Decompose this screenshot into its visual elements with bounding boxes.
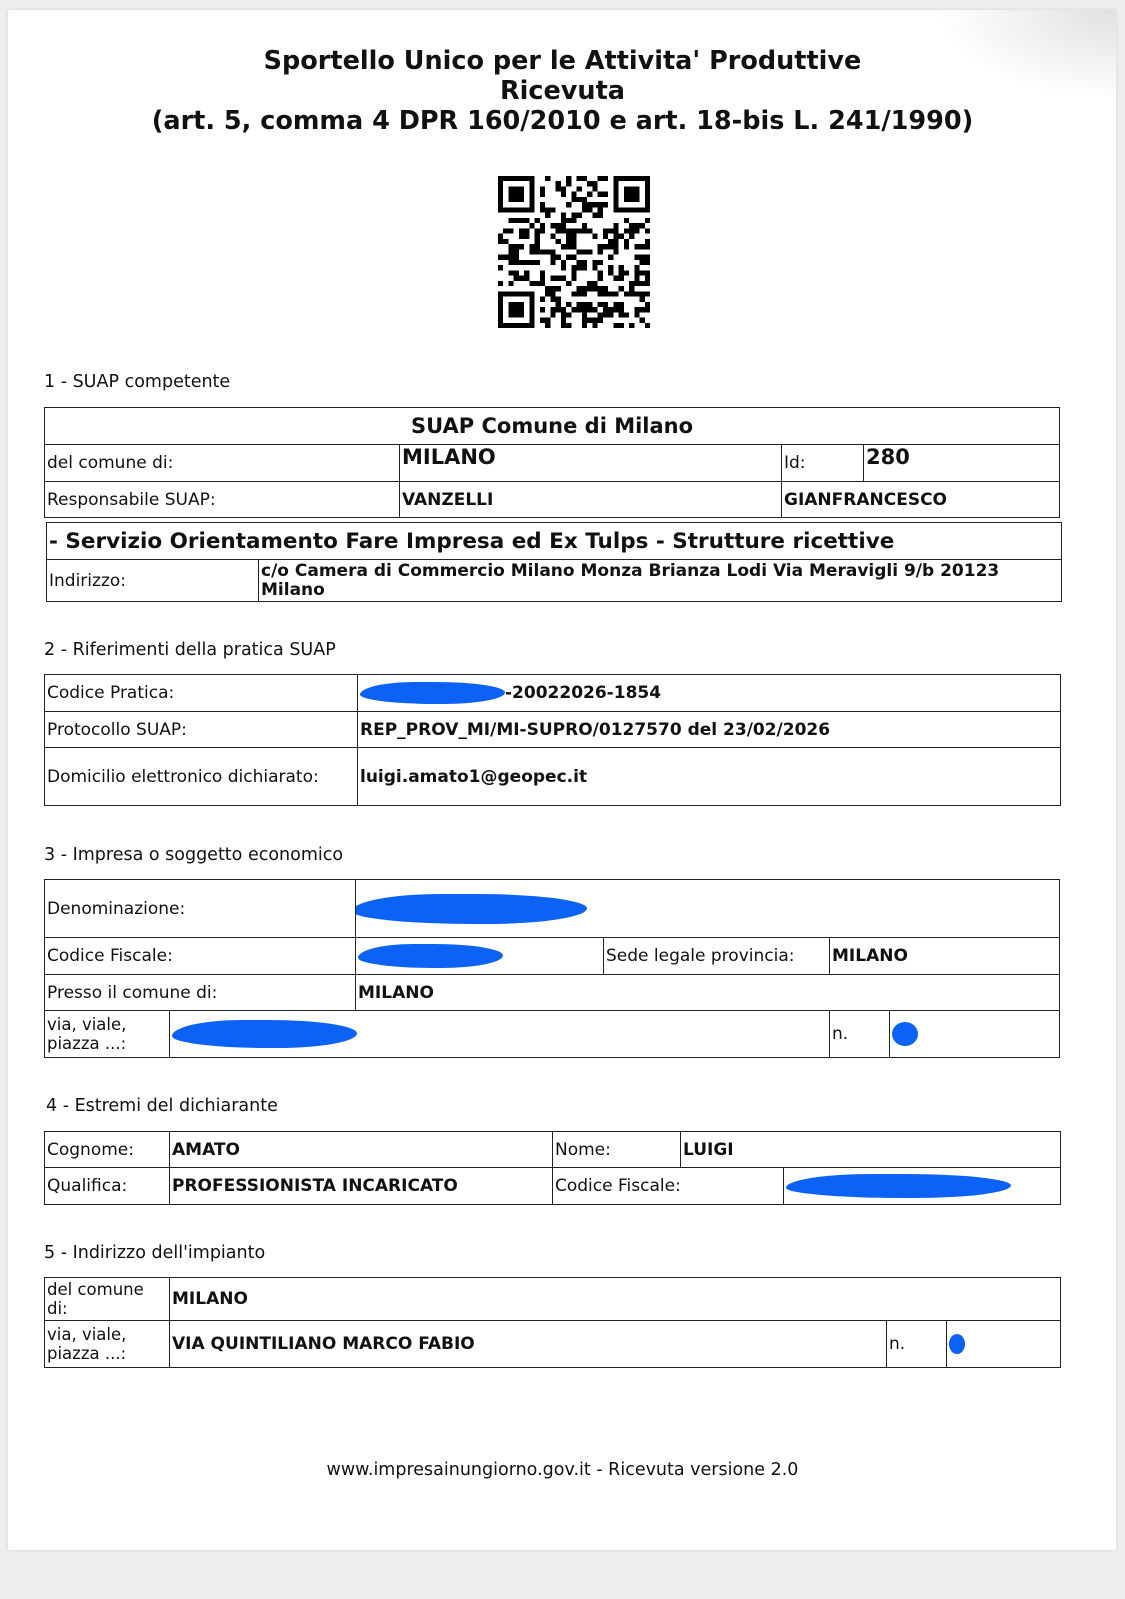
redaction-mark (360, 682, 505, 704)
redaction-mark (786, 1174, 1011, 1198)
via-value (170, 1011, 830, 1058)
responsabile-label: Responsabile SUAP: (45, 482, 400, 518)
id-value: 280 (864, 445, 1060, 482)
comune-label: del comune di: (45, 445, 400, 482)
impianto-via-value: VIA QUINTILIANO MARCO FABIO (170, 1321, 887, 1368)
presso-value: MILANO (356, 975, 1060, 1011)
redaction-mark (358, 944, 503, 968)
domicilio-label: Domicilio elettronico dichiarato: (45, 748, 358, 806)
via-label: via, viale, piazza ...: (45, 1011, 170, 1058)
indirizzo-label: Indirizzo: (47, 560, 259, 602)
comune-value: MILANO (400, 445, 782, 482)
dichiarante-cf-value (784, 1168, 1061, 1205)
redaction-mark (892, 1022, 918, 1046)
codice-fiscale-label: Codice Fiscale: (45, 938, 356, 975)
nome-label: Nome: (553, 1132, 681, 1168)
title-line-1: Sportello Unico per le Attivita' Produtt… (0, 46, 1125, 76)
qualifica-value: PROFESSIONISTA INCARICATO (170, 1168, 553, 1205)
qr-code-icon (498, 176, 650, 328)
id-label: Id: (782, 445, 864, 482)
denominazione-value (356, 880, 1060, 938)
redaction-mark (172, 1020, 357, 1048)
section-5-label: 5 - Indirizzo dell'impianto (44, 1243, 265, 1263)
presso-label: Presso il comune di: (45, 975, 356, 1011)
impresa-table: Denominazione: Codice Fiscale: Sede lega… (44, 879, 1060, 1058)
section-4-label: 4 - Estremi del dichiarante (46, 1096, 278, 1116)
document-title: Sportello Unico per le Attivita' Produtt… (0, 46, 1125, 136)
section-2-label: 2 - Riferimenti della pratica SUAP (44, 640, 336, 660)
codice-fiscale-value (356, 938, 604, 975)
section-3-label: 3 - Impresa o soggetto economico (44, 845, 343, 865)
denominazione-label: Denominazione: (45, 880, 356, 938)
dichiarante-cf-label: Codice Fiscale: (553, 1168, 784, 1205)
suap-name: SUAP Comune di Milano (45, 408, 1060, 445)
suap-competente-table: SUAP Comune di Milano del comune di: MIL… (44, 407, 1060, 518)
cognome-label: Cognome: (45, 1132, 170, 1168)
impianto-via-label: via, viale, piazza ...: (45, 1321, 170, 1368)
domicilio-value: luigi.amato1@geopec.it (358, 748, 1061, 806)
numero-value (890, 1011, 1060, 1058)
indirizzo-value: c/o Camera di Commercio Milano Monza Bri… (259, 560, 1062, 602)
dichiarante-table: Cognome: AMATO Nome: LUIGI Qualifica: PR… (44, 1131, 1061, 1205)
codice-pratica-suffix: -20022026-1854 (505, 683, 661, 703)
impianto-numero-label: n. (887, 1321, 947, 1368)
responsabile-nome: GIANFRANCESCO (782, 482, 1060, 518)
codice-pratica-value: -20022026-1854 (358, 675, 1061, 712)
qualifica-label: Qualifica: (45, 1168, 170, 1205)
redaction-mark (356, 894, 588, 924)
servizio-name: - Servizio Orientamento Fare Impresa ed … (47, 523, 1062, 560)
redaction-mark (949, 1334, 965, 1354)
section-1-label: 1 - SUAP competente (44, 372, 230, 392)
indirizzo-impianto-table: del comune di: MILANO via, viale, piazza… (44, 1277, 1061, 1368)
title-line-2: Ricevuta (0, 76, 1125, 106)
protocollo-value: REP_PROV_MI/MI-SUPRO/0127570 del 23/02/2… (358, 712, 1061, 748)
impianto-comune-value: MILANO (170, 1278, 1061, 1321)
cognome-value: AMATO (170, 1132, 553, 1168)
riferimenti-pratica-table: Codice Pratica: -20022026-1854 Protocoll… (44, 674, 1061, 806)
sede-label: Sede legale provincia: (604, 938, 830, 975)
title-line-3: (art. 5, comma 4 DPR 160/2010 e art. 18-… (0, 106, 1125, 136)
codice-pratica-label: Codice Pratica: (45, 675, 358, 712)
footer-text: www.impresainungiorno.gov.it - Ricevuta … (0, 1460, 1125, 1480)
nome-value: LUIGI (681, 1132, 1061, 1168)
servizio-table: - Servizio Orientamento Fare Impresa ed … (46, 522, 1062, 602)
numero-label: n. (830, 1011, 890, 1058)
protocollo-label: Protocollo SUAP: (45, 712, 358, 748)
responsabile-cognome: VANZELLI (400, 482, 782, 518)
impianto-comune-label: del comune di: (45, 1278, 170, 1321)
sede-value: MILANO (830, 938, 1060, 975)
impianto-numero-value (947, 1321, 1061, 1368)
